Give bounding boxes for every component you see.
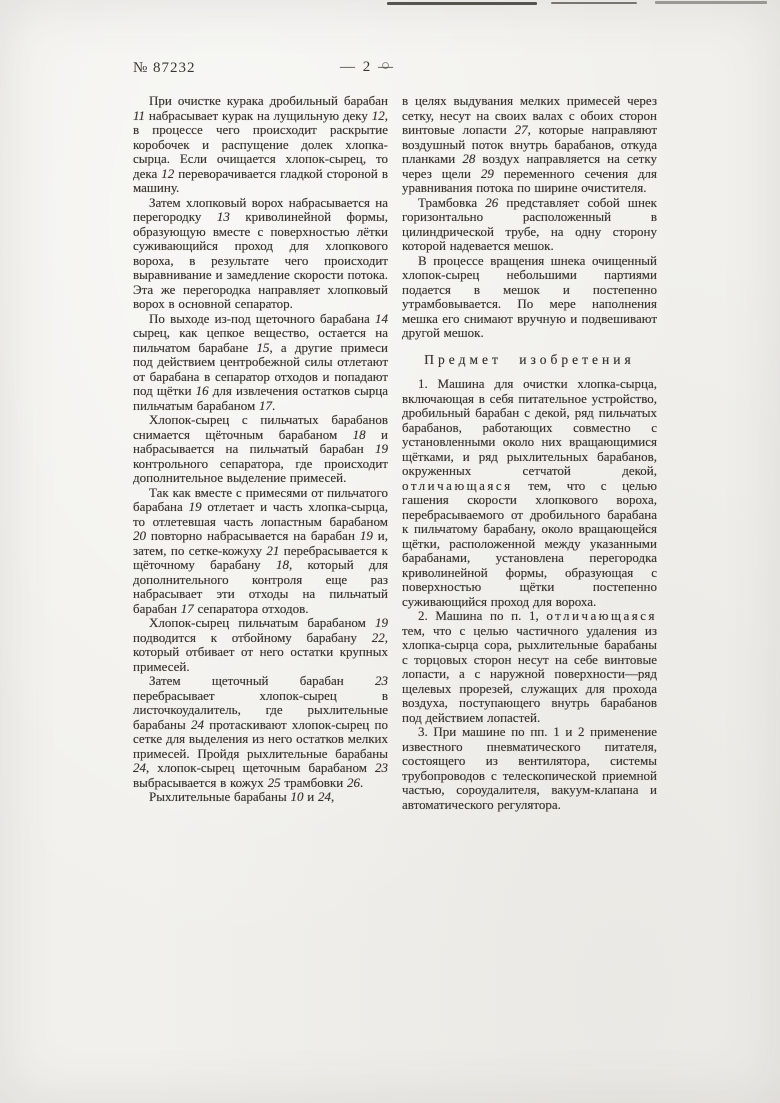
reference-numeral: 26	[485, 195, 498, 210]
reference-numeral: 23	[375, 673, 388, 688]
reference-numeral: 17	[259, 398, 272, 413]
reference-numeral: 23	[375, 760, 388, 775]
text-run: В процессе вращения шнека очищенный хлоп…	[402, 253, 657, 341]
paragraph: в целях выдувания мелких примесей через …	[402, 94, 657, 196]
reference-numeral: 27	[515, 122, 528, 137]
reference-numeral: 19	[189, 499, 202, 514]
paragraph: 1. Машина для очистки хлопка-сырца, вклю…	[402, 377, 657, 609]
reference-numeral: 10	[290, 789, 303, 804]
text-run: .	[360, 775, 363, 790]
reference-numeral: 26	[347, 775, 360, 790]
reference-numeral: 21	[266, 543, 279, 558]
scan-artifact-line	[551, 2, 637, 4]
reference-numeral: 18	[353, 427, 366, 442]
right-text-column: в целях выдувания мелких примесей через …	[402, 94, 657, 812]
text-run: отличающаяся	[546, 608, 657, 623]
text-run: набрасывает курак на лущильную деку	[145, 108, 372, 123]
text-run: Хлопок-сырец пильчатым барабаном	[149, 615, 375, 630]
paragraph: Хлопок-сырец пильчатым барабаном 19 подв…	[133, 616, 388, 674]
text-run: При очистке курака дробильный барабан	[149, 93, 388, 108]
text-run: ,	[331, 789, 334, 804]
text-run: сепаратора отходов.	[194, 601, 309, 616]
text-run: отличающаяся	[402, 478, 513, 493]
reference-numeral: 25	[268, 775, 281, 790]
text-run: 1. Машина для очистки хлопка-сырца, вклю…	[402, 376, 657, 478]
text-columns: При очистке курака дробильный барабан 11…	[133, 94, 657, 812]
paragraph: Рыхлительные барабаны 10 и 24,	[133, 790, 388, 805]
text-run: выбрасывается в кожух	[133, 775, 268, 790]
reference-numeral: 24	[133, 760, 146, 775]
reference-numeral: 16	[196, 383, 209, 398]
text-run: подводится к отбойному барабану	[133, 630, 372, 645]
reference-numeral: 29	[481, 166, 494, 181]
reference-numeral: 28	[462, 151, 475, 166]
paragraph: Трамбовка 26 представляет собой шнек гор…	[402, 196, 657, 254]
scan-artifact-line	[387, 2, 537, 5]
paragraph: 2. Машина по п. 1, отличающаяся тем, что…	[402, 609, 657, 725]
text-run: и	[303, 789, 317, 804]
text-run: Трамбовка	[418, 195, 485, 210]
paragraph: 3. При машине по пп. 1 и 2 применение из…	[402, 725, 657, 812]
reference-numeral: 14	[375, 311, 388, 326]
patent-document-page: № 87232 — 2 — При очистке курака дробиль…	[0, 0, 780, 1103]
text-run: , хлопок-сырец щеточным барабаном	[146, 760, 375, 775]
paragraph: Хлопок-сырец с пильчатых барабанов снима…	[133, 413, 388, 486]
paragraph: По выходе из-под щеточного барабана 14 с…	[133, 312, 388, 414]
document-number: № 87232	[133, 60, 196, 77]
section-heading: Предмет изобретения	[402, 353, 657, 368]
paragraph: Затем хлопковый ворох набрасывается на п…	[133, 196, 388, 312]
reference-numeral: 11	[133, 108, 145, 123]
text-run: 2. Машина по п. 1,	[418, 608, 546, 623]
page-number: — 2 —	[340, 59, 395, 76]
text-run: Предмет изобретения	[424, 352, 634, 367]
reference-numeral: 20	[133, 528, 146, 543]
text-run: По выходе из-под щеточного барабана	[149, 311, 375, 326]
reference-numeral: 12	[161, 166, 174, 181]
reference-numeral: 22	[372, 630, 385, 645]
reference-numeral: 17	[181, 601, 194, 616]
reference-numeral: 15	[256, 340, 269, 355]
text-run: .	[272, 398, 275, 413]
reference-numeral: 13	[217, 209, 230, 224]
paragraph: При очистке курака дробильный барабан 11…	[133, 94, 388, 196]
reference-numeral: 19	[375, 615, 388, 630]
reference-numeral: 18	[276, 557, 289, 572]
text-run: криволинейной формы, образующую вместе с…	[133, 209, 388, 311]
scan-artifact-line	[655, 1, 767, 4]
text-run: Рыхлительные барабаны	[149, 789, 290, 804]
text-run: Хлопок-сырец с пильчатых барабанов снима…	[133, 412, 388, 442]
text-run: контрольного сепаратора, где происходит …	[133, 456, 388, 486]
text-run: тем, что с целью частичного удаления из …	[402, 623, 657, 725]
paragraph: В процессе вращения шнека очищенный хлоп…	[402, 254, 657, 341]
text-run: тем, что с целью гашения скорости хлопко…	[402, 478, 657, 609]
left-text-column: При очистке курака дробильный барабан 11…	[133, 94, 388, 812]
text-run: Затем щеточный барабан	[149, 673, 375, 688]
reference-numeral: 24	[318, 789, 331, 804]
paragraph: Затем щеточный барабан 23 перебрасывает …	[133, 674, 388, 790]
paragraph: Так как вместе с примесями от пильчатого…	[133, 486, 388, 617]
reference-numeral: 19	[360, 528, 373, 543]
text-run: трамбовки	[281, 775, 347, 790]
text-run: повторно набрасывается на барабан	[146, 528, 360, 543]
reference-numeral: 19	[375, 441, 388, 456]
reference-numeral: 24	[191, 717, 204, 732]
reference-numeral: 12	[372, 108, 385, 123]
text-run: 3. При машине по пп. 1 и 2 применение из…	[402, 724, 657, 812]
